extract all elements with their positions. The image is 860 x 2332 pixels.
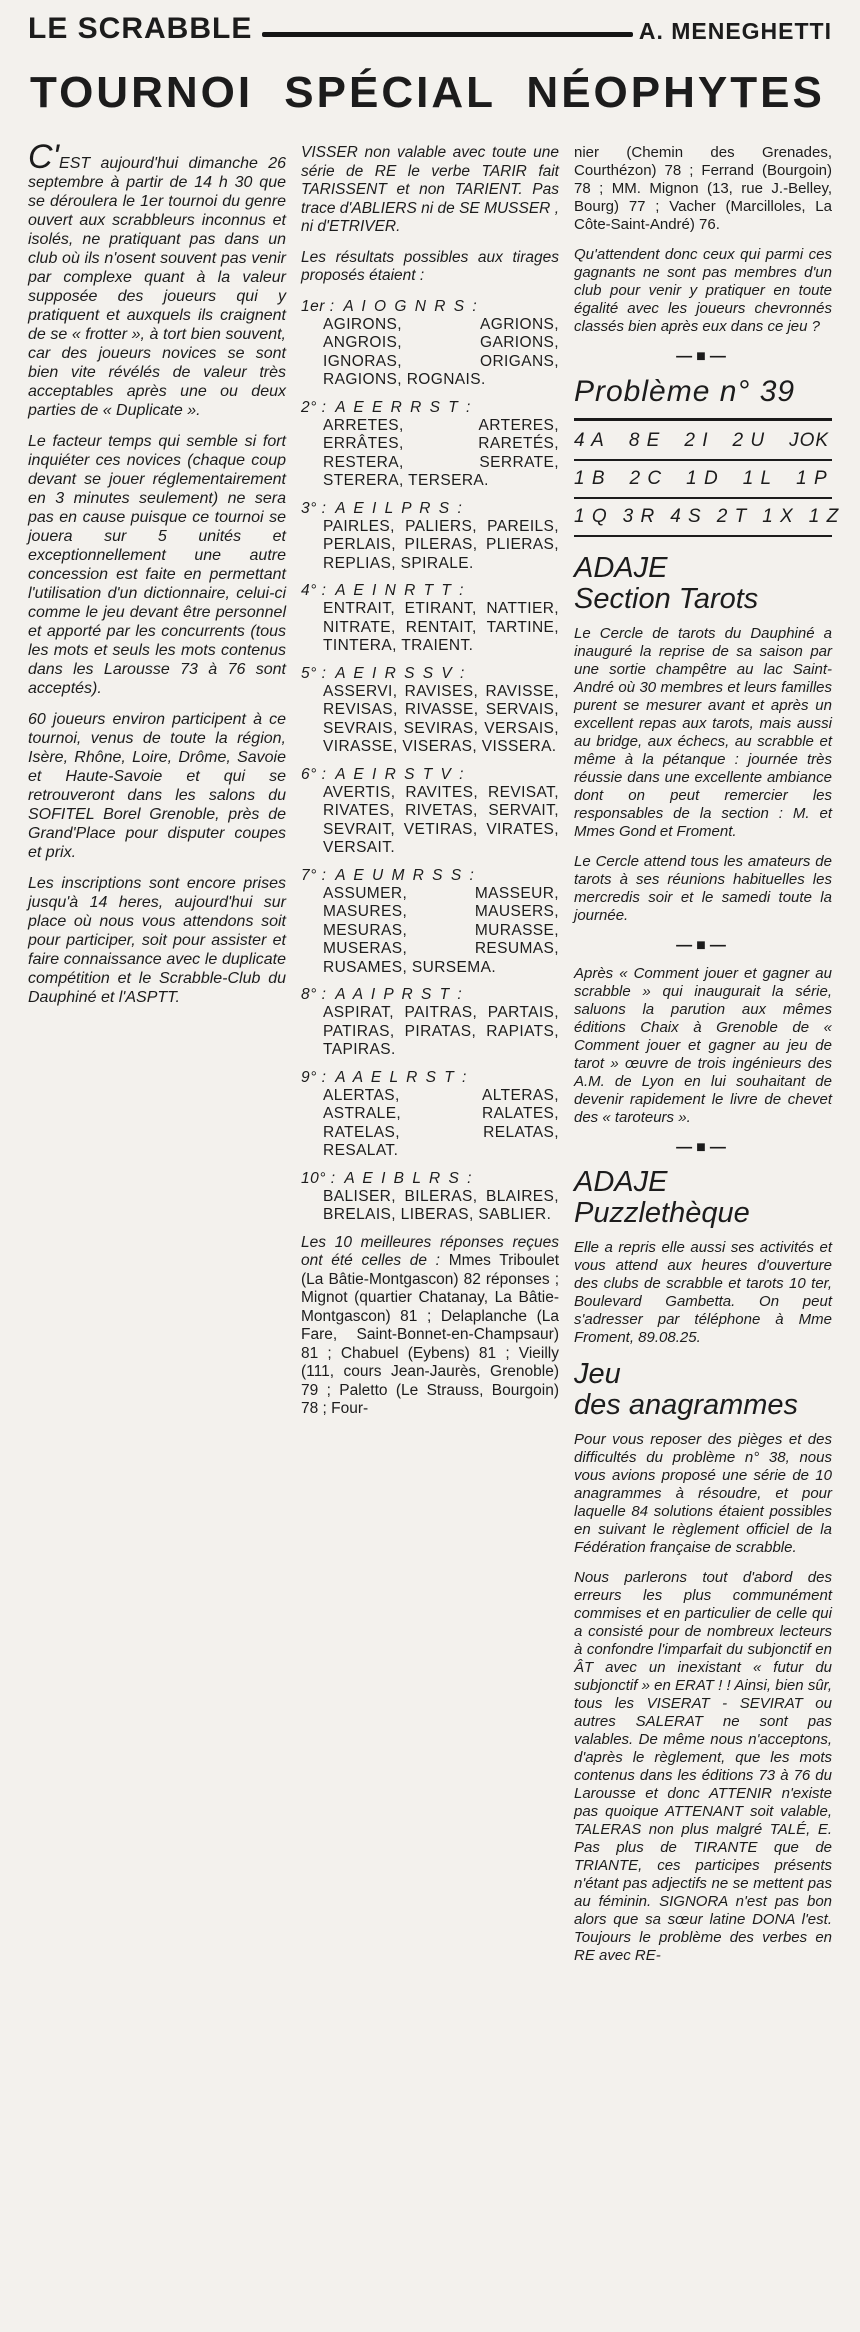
rack-cell: 8 E — [629, 430, 661, 452]
result-letters: A E I R S T V : — [335, 766, 465, 783]
result-letters: A E I L P R S : — [335, 500, 464, 517]
rack-cell: 1 Q — [574, 506, 608, 528]
column-1: C'EST aujourd'hui dimanche 26 septembre … — [28, 144, 286, 1977]
result-rank: 10° : — [301, 1170, 340, 1187]
rack-row: 1 B2 C1 D1 L1 P — [574, 461, 832, 499]
result-words: AGIRONS, AGRIONS, ANGROIS, GARIONS, IGNO… — [301, 316, 559, 390]
tarots-heading: ADAJE Section Tarots — [574, 553, 832, 615]
newspaper-page: LE SCRABBLE A. MENEGHETTI TOURNOI SPÉCIA… — [0, 0, 860, 2332]
result-item: 5° : A E I R S S V : ASSERVI, RAVISES, R… — [301, 665, 559, 757]
header-rule — [262, 32, 632, 37]
result-rank: 4° : — [301, 582, 331, 599]
puzzletheque-paragraph: Elle a repris elle aussi ses activités e… — [574, 1239, 832, 1347]
result-rank: 7° : — [301, 867, 331, 884]
tarots-paragraph-3: Après « Comment jouer et gagner au scrab… — [574, 965, 832, 1127]
problem-heading: Problème n° 39 — [574, 376, 832, 408]
result-item: 8° : A A I P R S T : ASPIRAT, PAITRAS, P… — [301, 986, 559, 1060]
result-item: 4° : A E I N R T T : ENTRAIT, ETIRANT, N… — [301, 582, 559, 656]
result-words: ASPIRAT, PAITRAS, PARTAIS, PATIRAS, PIRA… — [301, 1004, 559, 1060]
tarots-paragraph-1: Le Cercle de tarots du Dauphiné a inaugu… — [574, 625, 832, 841]
result-rank-line: 7° : A E U M R S S : — [301, 867, 559, 885]
puzzletheque-heading: ADAJE Puzzlethèque — [574, 1167, 832, 1229]
question-paragraph: Qu'attendent donc ceux qui parmi ces gag… — [574, 246, 832, 336]
result-rank-line: 1er : A I O G N R S : — [301, 298, 559, 316]
rack-cell: 2 I — [684, 430, 708, 452]
result-item: 3° : A E I L P R S : PAIRLES, PALIERS, P… — [301, 500, 559, 574]
result-words: ALERTAS, ALTERAS, ASTRALE, RALATES, RATE… — [301, 1087, 559, 1161]
result-letters: A I O G N R S : — [343, 298, 478, 315]
heading-rule — [574, 418, 832, 421]
winners-text: Mmes Triboulet (La Bâtie-Montgascon) 82 … — [301, 1252, 559, 1417]
result-words: AVERTIS, RAVITES, REVISAT, RIVATES, RIVE… — [301, 784, 559, 858]
result-letters: A E I R S S V : — [335, 665, 466, 682]
result-words: BALISER, BILERAS, BLAIRES, BRELAIS, LIBE… — [301, 1188, 559, 1225]
result-rank-line: 3° : A E I L P R S : — [301, 500, 559, 518]
result-rank-line: 10° : A E I B L R S : — [301, 1170, 559, 1188]
results-list: 1er : A I O G N R S : AGIRONS, AGRIONS, … — [301, 298, 559, 1225]
rack-cell: 1 B — [574, 468, 606, 490]
result-rank-line: 2° : A E E R R S T : — [301, 399, 559, 417]
anagrammes-heading-line1: Jeu — [574, 1359, 832, 1390]
result-words: PAIRLES, PALIERS, PAREILS, PERLAIS, PILE… — [301, 518, 559, 574]
result-item: 10° : A E I B L R S : BALISER, BILERAS, … — [301, 1170, 559, 1225]
result-item: 7° : A E U M R S S : ASSUMER, MASSEUR, M… — [301, 867, 559, 978]
paragraph: Les inscriptions sont encore prises jusq… — [28, 874, 286, 1007]
puzzletheque-heading-line1: ADAJE — [574, 1167, 832, 1198]
rack-cell: 4 S — [670, 506, 702, 528]
result-item: 2° : A E E R R S T : ARRETES, ARTERES, E… — [301, 399, 559, 491]
result-rank: 6° : — [301, 766, 331, 783]
paragraph: Le facteur temps qui semble si fort inqu… — [28, 432, 286, 698]
rack-cell: 1 Z — [809, 506, 839, 528]
result-item: 6° : A E I R S T V : AVERTIS, RAVITES, R… — [301, 766, 559, 858]
rack-cell: 2 C — [630, 468, 663, 490]
rack-cell: 1 P — [796, 468, 828, 490]
result-rank-line: 8° : A A I P R S T : — [301, 986, 559, 1004]
tarots-heading-line2: Section Tarots — [574, 584, 832, 615]
result-words: ARRETES, ARTERES, ERRÂTES, RARETÉS, REST… — [301, 417, 559, 491]
tile-rack: 4 A8 E2 I2 UJOK1 B2 C1 D1 L1 P1 Q3 R4 S2… — [574, 423, 832, 537]
result-letters: A E I B L R S : — [344, 1170, 473, 1187]
result-rank: 5° : — [301, 665, 331, 682]
result-words: ASSERVI, RAVISES, RAVISSE, REVISAS, RIVA… — [301, 683, 559, 757]
results-lead: Les résultats possibles aux tirages prop… — [301, 249, 559, 286]
result-words: ASSUMER, MASSEUR, MASURES, MAUSERS, MESU… — [301, 885, 559, 978]
result-rank: 2° : — [301, 399, 331, 416]
result-letters: A E E R R S T : — [335, 399, 472, 416]
section-divider-icon: —■— — [574, 348, 832, 366]
result-letters: A A E L R S T : — [335, 1069, 468, 1086]
result-letters: A E I N R T T : — [335, 582, 465, 599]
section-divider-icon: —■— — [574, 937, 832, 955]
anagrammes-heading-line2: des anagrammes — [574, 1390, 832, 1421]
column-3: nier (Chemin des Grenades, Courthézon) 7… — [574, 144, 832, 1977]
article-title: TOURNOI SPÉCIAL NÉOPHYTES — [30, 68, 832, 118]
rack-cell: 4 A — [574, 430, 605, 452]
author-name: A. MENEGHETTI — [639, 18, 832, 45]
section-divider-icon: —■— — [574, 1139, 832, 1157]
result-rank-line: 9° : A A E L R S T : — [301, 1069, 559, 1087]
result-rank: 3° : — [301, 500, 331, 517]
tarots-paragraph-2: Le Cercle attend tous les amateurs de ta… — [574, 853, 832, 925]
result-letters: A A I P R S T : — [335, 986, 463, 1003]
puzzletheque-heading-line2: Puzzlethèque — [574, 1198, 832, 1229]
rack-row: 4 A8 E2 I2 UJOK — [574, 423, 832, 461]
tarots-heading-line1: ADAJE — [574, 553, 832, 584]
winners-paragraph: Les 10 meilleures réponses reçues ont ét… — [301, 1234, 559, 1419]
rack-cell: 3 R — [623, 506, 656, 528]
rack-cell: 2 U — [732, 430, 765, 452]
rack-cell: JOK — [789, 430, 829, 452]
result-rank-line: 4° : A E I N R T T : — [301, 582, 559, 600]
rack-cell: 1 X — [762, 506, 794, 528]
article-header: LE SCRABBLE A. MENEGHETTI — [28, 12, 832, 46]
anagrammes-heading: Jeu des anagrammes — [574, 1359, 832, 1421]
result-rank: 8° : — [301, 986, 331, 1003]
result-rank-line: 5° : A E I R S S V : — [301, 665, 559, 683]
result-rank-line: 6° : A E I R S T V : — [301, 766, 559, 784]
result-rank: 1er : — [301, 298, 339, 315]
paragraph: 60 joueurs environ participent à ce tour… — [28, 710, 286, 862]
rack-cell: 1 L — [743, 468, 772, 490]
result-letters: A E U M R S S : — [335, 867, 476, 884]
section-kicker: LE SCRABBLE — [28, 12, 252, 46]
result-words: ENTRAIT, ETIRANT, NATTIER, NITRATE, RENT… — [301, 600, 559, 656]
column-2: VISSER non valable avec toute une série … — [301, 144, 559, 1977]
anagrammes-paragraph-2: Nous parlerons tout d'abord des erreurs … — [574, 1569, 832, 1965]
rack-cell: 2 T — [717, 506, 747, 528]
article-columns: C'EST aujourd'hui dimanche 26 septembre … — [28, 144, 832, 1977]
paragraph-visser: VISSER non valable avec toute une série … — [301, 144, 559, 237]
anagrammes-paragraph-1: Pour vous reposer des pièges et des diff… — [574, 1431, 832, 1557]
paragraph-intro: C'EST aujourd'hui dimanche 26 septembre … — [28, 144, 286, 420]
rack-row: 1 Q3 R4 S2 T1 X1 Z — [574, 499, 832, 537]
rack-cell: 1 D — [686, 468, 719, 490]
result-item: 9° : A A E L R S T : ALERTAS, ALTERAS, A… — [301, 1069, 559, 1161]
result-rank: 9° : — [301, 1069, 331, 1086]
result-item: 1er : A I O G N R S : AGIRONS, AGRIONS, … — [301, 298, 559, 390]
winners-continuation: nier (Chemin des Grenades, Courthézon) 7… — [574, 144, 832, 234]
